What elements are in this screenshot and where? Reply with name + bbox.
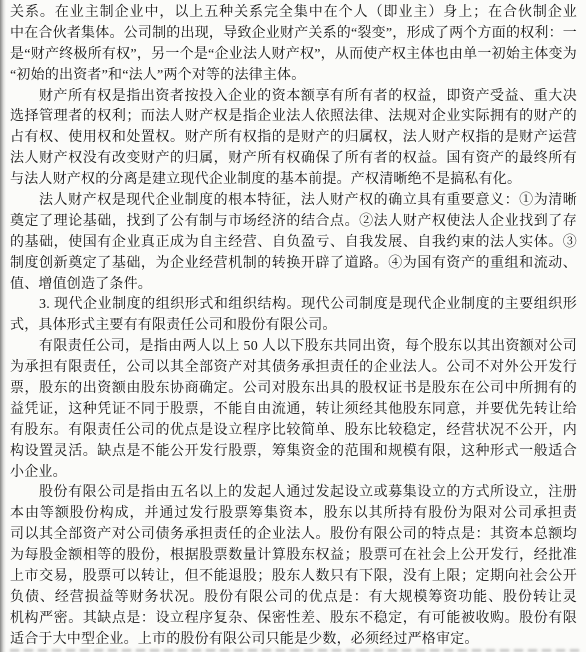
text-line: 负债、经营损益等财务状况。股份有限公司的优点是：有大规模筹资功能、股份转让灵活、… <box>0 588 586 609</box>
text-line: 法人财产权是现代企业制度的根本特征，法人财产权的确立具有重要意义：①为清晰产权 <box>0 191 586 212</box>
text-line: 股份有限公司是指由五名以上的发起人通过发起设立或募集设立的方式所设立，注册资 <box>0 483 586 504</box>
text-line: 有限责任公司，是指由两人以上 50 人以下股东共同出资，每个股东以其出资额对公司… <box>0 337 586 358</box>
text-line: 值、增值创造了条件。 <box>0 275 586 296</box>
text-line: 为承担有限责任，公司以其全部资产对其债务承担责任的企业法人。公司不对外公开发行股 <box>0 358 586 379</box>
text-line: 与法人财产权的分离是建立现代企业制度的基本前提。产权清晰绝不是搞私有化。 <box>0 170 586 191</box>
text-line: 的基础，使国有企业真正成为自主经营、自负盈亏、自我发展、自我约束的法人实体。③为… <box>0 233 586 254</box>
text-line: 机构严密。其缺点是：设立程序复杂、保密性差、股东不稳定，有可能被收购。股份有限公… <box>0 609 586 630</box>
text-line: 适合于大中型企业。上市的股份有限公司只能是少数，必须经过严格审定。 <box>0 630 586 651</box>
text-line: 关系。在业主制企业中，以上五种关系完全集中在个人（即业主）身上；在合伙制企业中，… <box>0 3 586 24</box>
text-line: 奠定了理论基础，找到了公有制与市场经济的结合点。②法人财产权使法人企业找到了存在 <box>0 212 586 233</box>
text-line: 本由等额股份构成，并通过发行股票筹集资本，股东以其所持有股份为限对公司承担责任，… <box>0 504 586 525</box>
text-line: “初始的出资者”和“法人”两个对等的法律主体。 <box>0 66 586 87</box>
text-line: 法人财产权没有改变财产的归属，财产所有权确保了所有者的权益。国有资产的最终所有权 <box>0 149 586 170</box>
text-line: 选择管理者的权利；而法人财产权是指企业法人依照法律、法规对企业实际拥有的财产的直… <box>0 107 586 128</box>
document-page: 关系。在业主制企业中，以上五种关系完全集中在个人（即业主）身上；在合伙制企业中，… <box>0 0 586 652</box>
text-line: 为每股金额相等的股份，根据股票数量计算股东权益；股票可在社会上公开发行，经批准可… <box>0 546 586 567</box>
text-line: 小企业。 <box>0 463 586 484</box>
text-line: 3. 现代企业制度的组织形式和组织结构。现代公司制度是现代企业制度的主要组织形 <box>0 295 586 316</box>
text-line: 司以其全部资产对公司债务承担责任的企业法人。股份有限公司的特点是：其资本总额均分 <box>0 525 586 546</box>
text-line: 是“财产终极所有权”，另一个是“企业法人财产权”，从而使产权主体也由单一初始主体… <box>0 45 586 66</box>
text-line: 中在合伙者集体。公司制的出现，导致企业财产关系的“裂变”，形成了两个方面的权利：… <box>0 24 586 45</box>
text-line: 益凭证，这种凭证不同于股票，不能自由流通，转让须经其他股东同意，并要优先转让给公… <box>0 400 586 421</box>
text-line: 上市交易，股票可以转让，但不能退股；股东人数只有下限，没有上限；定期向社会公开其… <box>0 567 586 588</box>
text-line: 式，具体形式主要有有限责任公司和股份有限公司。 <box>0 316 586 337</box>
text-line: 有股东。有限责任公司的优点是设立程序比较简单、股东比较稳定，经营状况不公开，内部… <box>0 421 586 442</box>
text-line: 财产所有权是指出资者按投入企业的资本额享有所有者的权益，即资产受益、重大决策和 <box>0 87 586 108</box>
text-line: 票，股东的出资额由股东协商确定。公司对股东出具的股权证书是股东在公司中所拥有的权 <box>0 379 586 400</box>
text-line: 构设置灵活。缺点是不能公开发行股票，筹集资金的范围和规模有限，这种形式一般适合于… <box>0 442 586 463</box>
text-line: 制度创新奠定了基础，为企业经营机制的转换开辟了道路。④为国有资产的重组和流动、保 <box>0 254 586 275</box>
body-text: 关系。在业主制企业中，以上五种关系完全集中在个人（即业主）身上；在合伙制企业中，… <box>0 3 586 651</box>
text-line: 占有权、使用权和处置权。财产所有权指的是财产的归属权，法人财产权指的是财产运营权… <box>0 128 586 149</box>
